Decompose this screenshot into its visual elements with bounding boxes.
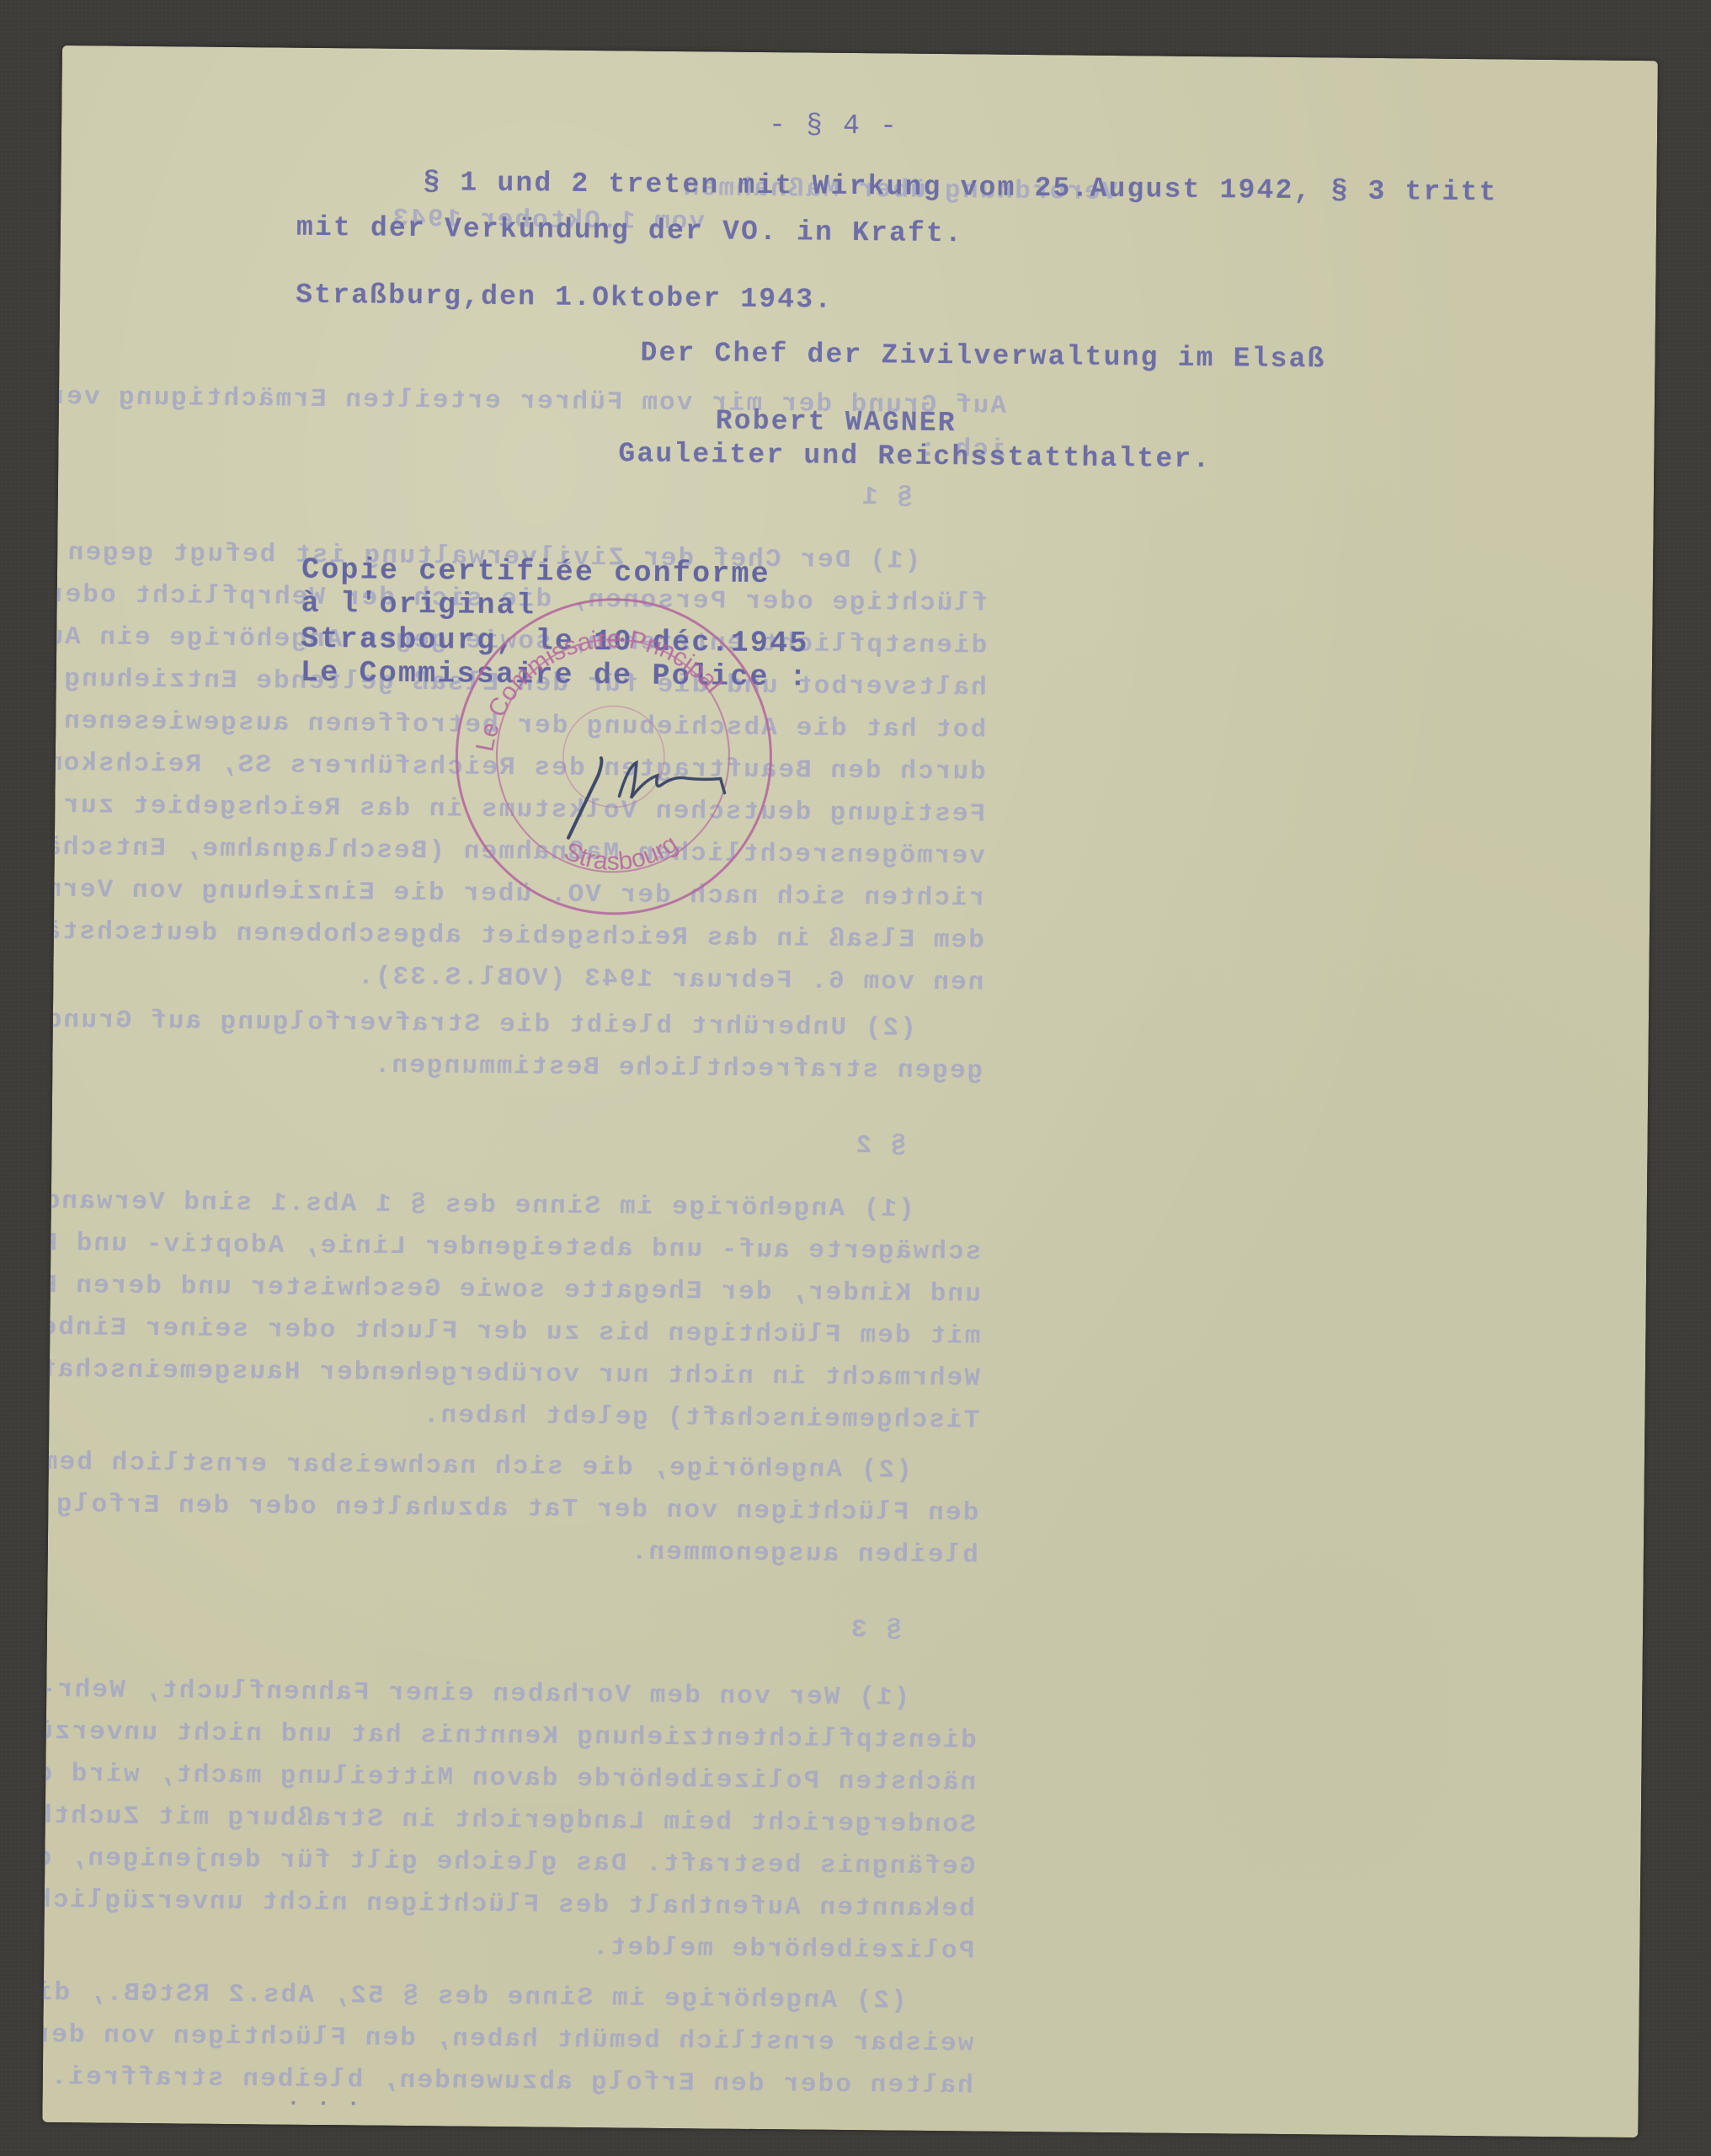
show-through-line: bleiben ausgenommen. — [630, 1538, 978, 1571]
show-through-line: Wehrmacht in nicht nur vorübergehender H… — [42, 1353, 980, 1393]
show-through-sec3-heading: § 3 — [850, 1615, 902, 1646]
show-through-line: Sondergericht beim Landgericht in Straßb… — [42, 1799, 976, 1839]
show-through-sec2-heading: § 2 — [854, 1131, 906, 1161]
show-through-line: (2) Angehörige im Sinne des § 52, Abs.2 … — [42, 1976, 907, 2015]
show-through-line: weisbar ernstlich bemüht haben, den Flüc… — [42, 2019, 973, 2059]
place-date: Straßburg,den 1.Oktober 1943. — [296, 280, 833, 316]
document-page: Verordnung über Maßnahmen vom 1.Oktober … — [42, 45, 1658, 2137]
show-through-line: nächsten Polizeibehörde davon Mitteilung… — [42, 1758, 976, 1797]
signatory-title: Der Chef der Zivilverwaltung im Elsaß — [640, 338, 1325, 376]
show-through-line: halten oder den Erfolg abzuwenden, bleib… — [49, 2063, 973, 2101]
show-through-line: Gefängnis bestraft. Das gleiche gilt für… — [42, 1842, 975, 1882]
closing-paragraph-line-2: mit der Verkündung der VO. in Kraft. — [296, 212, 963, 250]
show-through-line: Tischgemeinschaft) gelebt haben. — [422, 1401, 980, 1435]
show-through-line: (1) Wer von dem Vorhaben einer Fahnenflu… — [42, 1673, 909, 1713]
show-through-line: (2) Unberührt bleibt die Strafverfolgung… — [42, 1004, 916, 1043]
show-through-line: den Flüchtigen von der Tat abzuhalten od… — [42, 1488, 978, 1529]
show-through-line: dem Elsaß in das Reichsgebiet abgeschobe… — [42, 915, 984, 955]
show-through-line: gegen strafrechtliche Bestimmungen. — [373, 1051, 983, 1086]
show-through-line: (1) Angehörige im Sinne des § 1 Abs.1 si… — [42, 1185, 914, 1225]
show-through-line: (2) Angehörige, die sich nachweisbar ern… — [42, 1446, 912, 1486]
signatory-name: Robert WAGNER — [716, 405, 957, 439]
show-through-line: dienstpflichtentziehung Kenntnis hat und… — [42, 1716, 977, 1756]
certification-line-1: Copie certifiée conforme — [301, 553, 770, 591]
show-through-line: mit dem Flüchtigen bis zu der Flucht ode… — [42, 1311, 980, 1352]
handwritten-signature — [518, 728, 738, 847]
show-through-line: schwägerte auf- und absteigender Linie, … — [42, 1227, 981, 1267]
signatory-role: Gauleiter und Reichsstatthalter. — [618, 438, 1211, 475]
show-through-line: nen vom 6. Februar 1943 (VOBl.S.33). — [356, 962, 984, 997]
show-through-line: Polizeibehörde meldet. — [591, 1933, 975, 1966]
page-number: - § 4 - — [769, 109, 898, 141]
bottom-marks: . . . — [286, 2086, 361, 2112]
show-through-sec1-heading: § 1 — [861, 483, 913, 513]
show-through-line: bekannten Aufenthalt des Flüchtigen nich… — [42, 1883, 975, 1924]
show-through-line: und Kinder, der Ehegatte sowie Geschwist… — [42, 1268, 981, 1309]
